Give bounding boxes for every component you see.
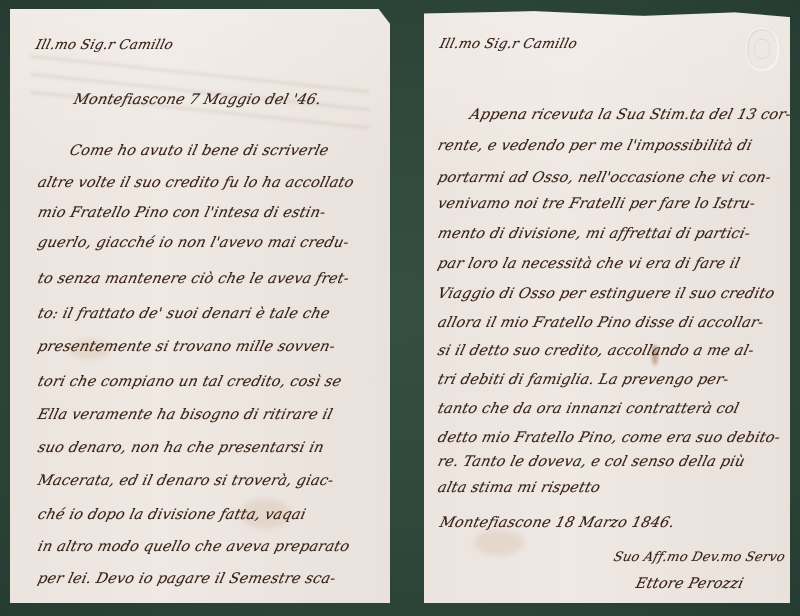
letter-line: Appena ricevuta la Sua Stim.ta del 13 co…: [468, 107, 793, 123]
letter-line: alta stima mi rispetto: [436, 480, 602, 496]
letter-line: allora il mio Fratello Pino disse di acc…: [436, 315, 765, 331]
letter-line: mio Fratello Pino con l'intesa di estin-: [36, 205, 327, 221]
letter-line: si il detto suo credito, accollando a me…: [436, 343, 756, 359]
letter-line: tanto che da ora innanzi contratterà col: [436, 401, 741, 417]
signature: Ettore Perozzi: [634, 576, 745, 592]
letter-line: Ella veramente ha bisogno di ritirare il: [36, 407, 334, 423]
letter-line: portarmi ad Osso, nell'occasione che vi …: [436, 170, 773, 186]
letter-page-right: Ill.mo Sig.r Camillo Appena ricevuta la …: [424, 10, 790, 603]
letter-line: par loro la necessità che vi era di fare…: [436, 256, 742, 272]
salutation: Ill.mo Sig.r Camillo: [34, 37, 175, 53]
letter-line: re. Tanto le doveva, e col senso della p…: [436, 454, 747, 470]
letter-line: guerlo, giacché io non l'avevo mai credu…: [36, 235, 351, 251]
letter-line: Come ho avuto il bene di scriverle: [68, 143, 330, 159]
letter-line: Viaggio di Osso per estinguere il suo cr…: [436, 286, 776, 302]
letter-line: presentemente si trovano mille sovven-: [36, 339, 337, 355]
letter-line: altre volte il suo credito fu lo ha acco…: [36, 175, 356, 191]
salutation: Ill.mo Sig.r Camillo: [438, 36, 579, 52]
letter-line: tori che compiano un tal credito, così s…: [36, 374, 343, 390]
letter-line: detto mio Fratello Pino, come era suo de…: [436, 430, 782, 446]
letter-line: mento di divisione, mi affrettai di part…: [436, 226, 752, 242]
letter-line: to: il frattato de' suoi denari è tale c…: [36, 306, 332, 322]
dateline: Montefiascone 18 Marzo 1846.: [438, 515, 676, 531]
letter-line: to senza mantenere ciò che le aveva fret…: [36, 271, 351, 287]
closing: Suo Aff.mo Dev.mo Servo: [612, 550, 787, 565]
letter-line: in altro modo quello che aveva preparato: [36, 539, 351, 555]
letter-line: suo denaro, non ha che presentarsi in: [36, 440, 326, 456]
letter-line: Macerata, ed il denaro si troverà, giac-: [36, 473, 335, 489]
letter-page-left: Ill.mo Sig.r Camillo Montefiascone 7 Mag…: [10, 9, 390, 603]
letter-line: per lei. Devo io pagare il Semestre sca-: [36, 571, 337, 587]
letter-line: venivamo noi tre Fratelli per fare lo Is…: [436, 196, 757, 212]
dateline: Montefiascone 7 Maggio del '46.: [72, 92, 323, 108]
letter-line: rente, e vedendo per me l'impossibilità …: [436, 138, 754, 154]
ink-bleed-through: [31, 55, 369, 93]
paper-stain: [474, 530, 524, 555]
letter-line: tri debiti di famiglia. La prevengo per-: [436, 372, 730, 388]
letter-line: ché io dopo la divisione fatta, vaqai: [36, 507, 308, 523]
embossed-seal: [746, 28, 778, 70]
